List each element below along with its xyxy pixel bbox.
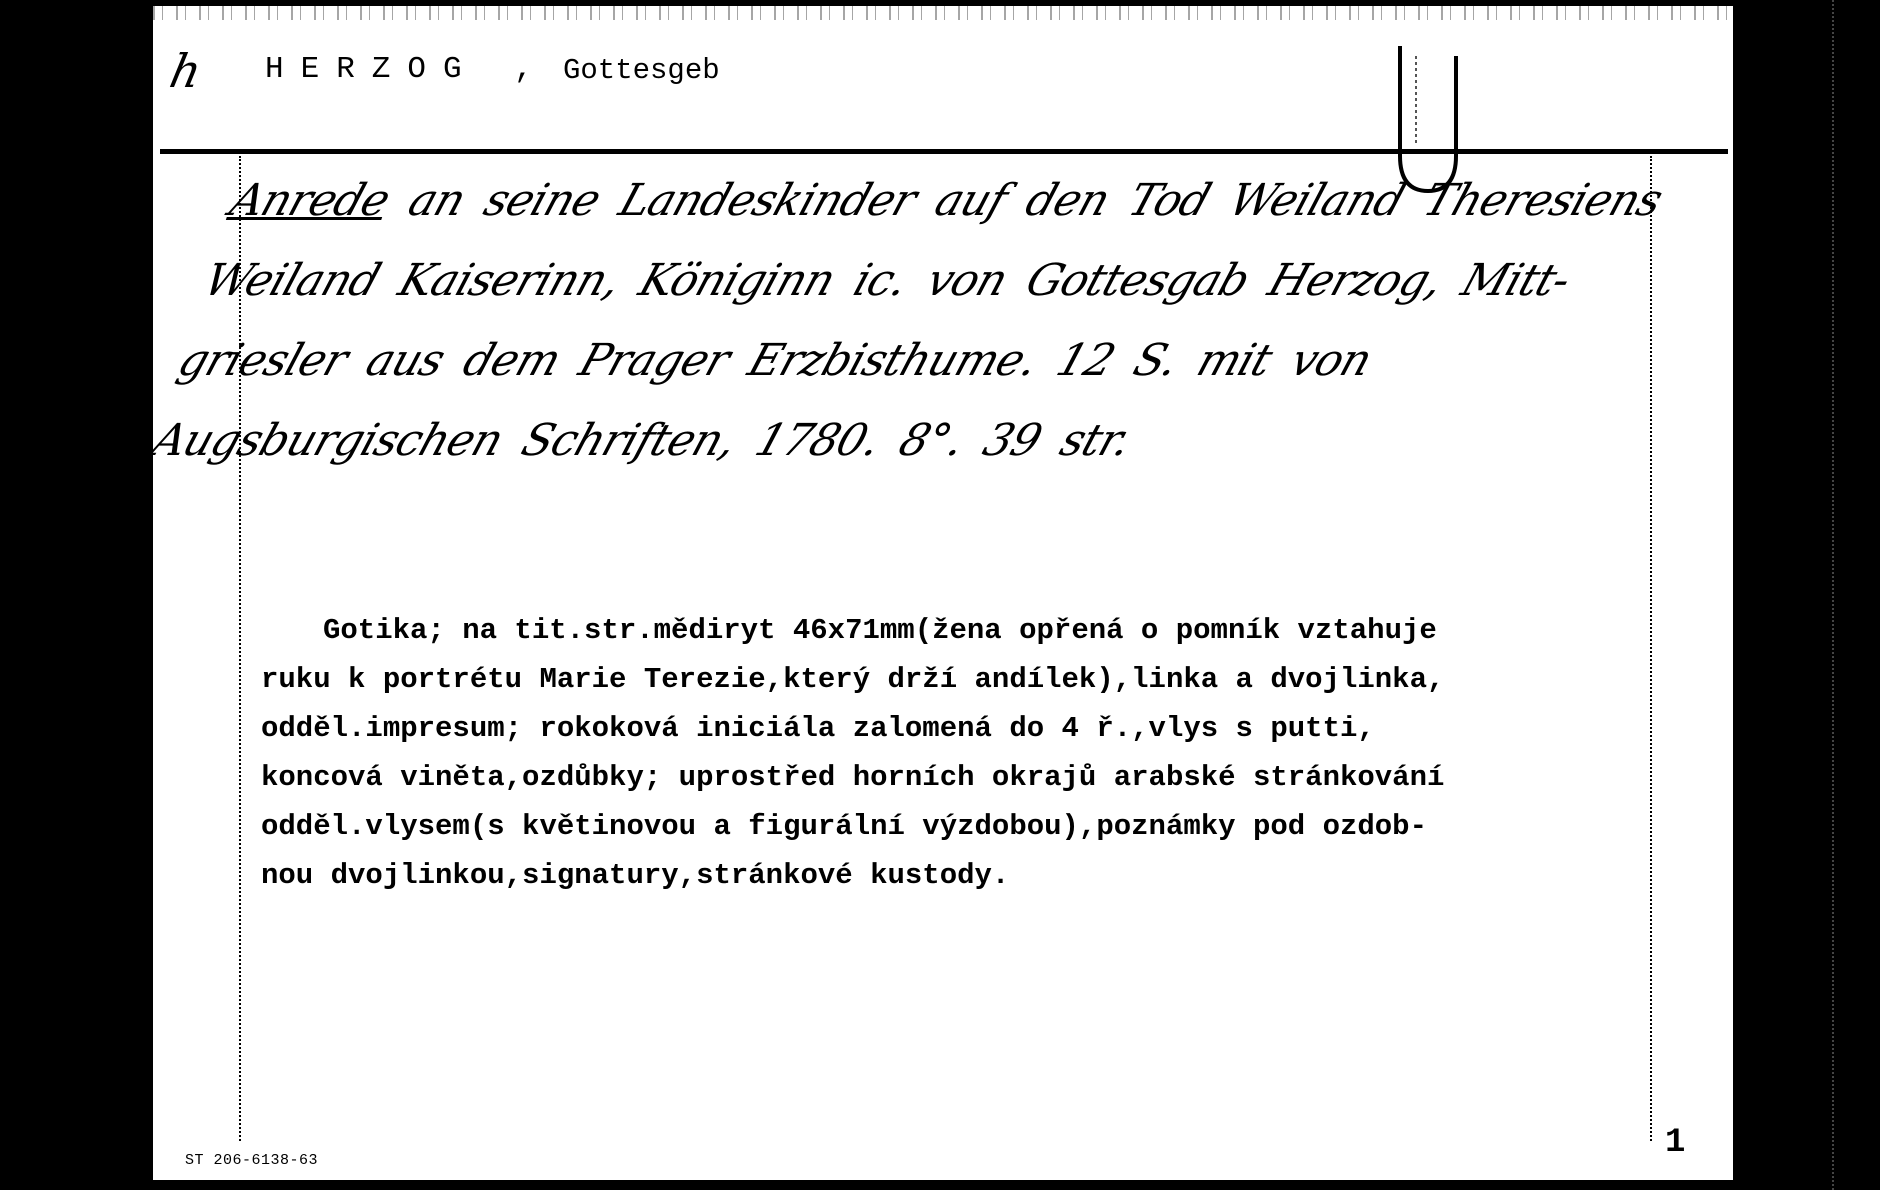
description-line: odděl.vlysem(s květinovou a figurální vý…	[261, 802, 1661, 851]
handwritten-first-word: Anrede	[224, 175, 396, 226]
page-number: 1	[1665, 1124, 1685, 1162]
description-text: Gotika; na tit.str.mědiryt 46x71mm(žena …	[261, 606, 1661, 900]
description-line: ruku k portrétu Marie Terezie,který drží…	[261, 655, 1661, 704]
handwritten-line: Augsburgischen Schriften, 1780. 8°. 39 s…	[141, 401, 1567, 481]
heading-given-name: Gottesgeb	[563, 54, 720, 87]
handwritten-line: griesler aus dem Prager Erzbisthume. 12 …	[167, 321, 1593, 401]
heading-surname: HERZOG ,	[265, 52, 550, 87]
catalog-card: h HERZOG , Gottesgeb Anrede an seine Lan…	[153, 6, 1733, 1180]
scan-edge	[1832, 0, 1836, 1190]
description-line: koncová viněta,ozdůbky; uprostřed horníc…	[261, 753, 1661, 802]
catalog-code: ST 206-6138-63	[185, 1152, 318, 1169]
handwritten-mark: h	[165, 44, 206, 98]
handwritten-title: Anrede an seine Landeskinder auf den Tod…	[141, 161, 1645, 481]
description-line: odděl.impresum; rokoková iniciála zalome…	[261, 704, 1661, 753]
description-line: Gotika; na tit.str.mědiryt 46x71mm(žena …	[261, 606, 1661, 655]
handwritten-line: Weiland Kaiserinn, Königinn ic. von Gott…	[193, 241, 1619, 321]
header-rule	[160, 149, 1728, 154]
handwritten-line: Anrede an seine Landeskinder auf den Tod…	[219, 161, 1645, 241]
description-line: nou dvojlinkou,signatury,stránkové kusto…	[261, 851, 1661, 900]
scan-noise	[153, 6, 1733, 20]
handwritten-line-rest: an seine Landeskinder auf den Tod Weilan…	[379, 175, 1668, 226]
